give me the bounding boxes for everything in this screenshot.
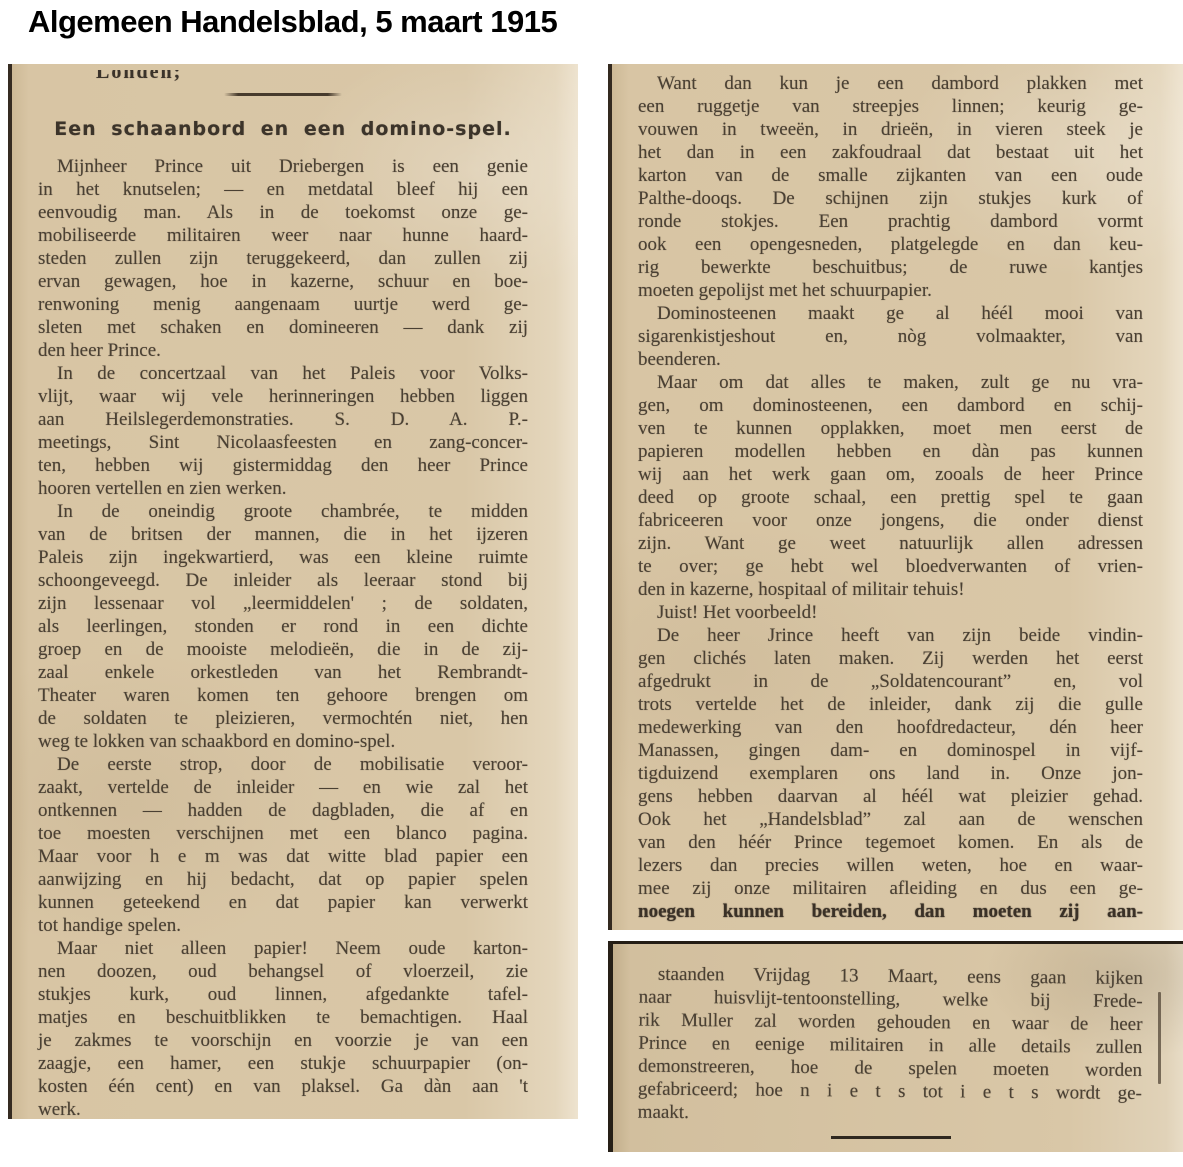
text-line: kunnen geteekend en dat papier kan verwe… — [38, 891, 528, 914]
text-line: steden zullen zijn teruggekeerd, dan zul… — [38, 247, 528, 270]
text-line: den in kazerne, hospitaal of militair te… — [638, 578, 1143, 601]
text-line: afgedrukt in de „Soldatencourant” en, vo… — [638, 670, 1143, 693]
text-line: schoongeveegd. De inleider als leeraar s… — [38, 569, 528, 592]
paragraph: Maar om dat alles te maken, zult ge nu v… — [638, 371, 1143, 601]
text-line: Maar niet alleen papier! Neem oude karto… — [38, 937, 528, 960]
paragraph: In de concertzaal van het Paleis voor Vo… — [38, 362, 528, 500]
text-line: ten, hebben wij gistermiddag den heer Pr… — [38, 454, 528, 477]
text-line: weg te lokken van schaakbord en domino-s… — [38, 730, 528, 753]
text-line: den heer Prince. — [38, 339, 528, 362]
text-line: deed op groote schaal, een prettig spel … — [638, 486, 1143, 509]
text-line: De eerste strop, door de mobilisatie ver… — [38, 753, 528, 776]
cutoff-text-fragment: Londen; — [38, 70, 528, 83]
text-line: als leerlingen, stonden er rond in een d… — [38, 615, 528, 638]
paragraph: Juist! Het voorbeeld! — [638, 601, 1143, 624]
text-line: Mijnheer Prince uit Driebergen is een ge… — [38, 155, 528, 178]
text-line: aanwijzing en hij bedacht, dat op papier… — [38, 868, 528, 891]
end-divider-rule — [831, 1136, 951, 1139]
cutoff-text: Londen; — [96, 70, 528, 83]
page: Algemeen Handelsblad, 5 maart 1915 Londe… — [0, 0, 1183, 1167]
text-line: kosten één cent) en van plaksel. Ga dàn … — [38, 1075, 528, 1098]
text-line: Maar voor h e m was dat witte blad papie… — [38, 845, 528, 868]
paragraph: De eerste strop, door de mobilisatie ver… — [38, 753, 528, 937]
left-newspaper-clipping: Londen; Een schaanbord en een domino-spe… — [8, 64, 578, 1119]
text-line: Juist! Het voorbeeld! — [638, 601, 1143, 624]
text-line: gens hebben daarvan al héél wat pleizier… — [638, 785, 1143, 808]
paragraph: staanden Vrijdag 13 Maart, eens gaan kij… — [638, 963, 1143, 1128]
article-column-left: Mijnheer Prince uit Driebergen is een ge… — [38, 155, 528, 1121]
text-line: stukjes kurk, oud linnen, afgedankte taf… — [38, 983, 528, 1006]
text-line: medewerking van den hoofdredacteur, dén … — [638, 716, 1143, 739]
text-line: het dan in een zakfoudraal dat bestaat u… — [638, 141, 1143, 164]
text-line: zaagje, een hamer, een stukje schuurpapi… — [38, 1052, 528, 1075]
text-line: In de oneindig groote chambrée, te midde… — [38, 500, 528, 523]
paragraph: Want dan kun je een dambord plakken mete… — [638, 72, 1143, 302]
section-divider-rule — [224, 93, 342, 96]
bottom-newspaper-clipping: staanden Vrijdag 13 Maart, eens gaan kij… — [608, 941, 1183, 1152]
text-line: de soldaten te pleizieren, vermochtén ni… — [38, 707, 528, 730]
paragraph: Dominosteenen maakt ge al héél mooi vans… — [638, 302, 1143, 371]
text-line: Theater waren komen ten gehoore brengen … — [38, 684, 528, 707]
text-line: ontkennen — hadden de dagbladen, die af … — [38, 799, 528, 822]
text-line: van den héér Prince tegemoet komen. En a… — [638, 831, 1143, 854]
text-line: wij aan het werk gaan om, zooals de heer… — [638, 463, 1143, 486]
text-line: mobiliseerde militairen weer naar hunne … — [38, 224, 528, 247]
text-line: moeten gepolijst met het schuurpapier. — [638, 279, 1143, 302]
text-line: Manassen, gingen dam- en dominospel in v… — [638, 739, 1143, 762]
text-line: gen clichés laten maken. Zij werden het … — [638, 647, 1143, 670]
paragraph: Maar niet alleen papier! Neem oude karto… — [38, 937, 528, 1121]
text-line: lezers dan precies willen weten, hoe en … — [638, 854, 1143, 877]
text-line: hooren vertellen en zien werken. — [38, 477, 528, 500]
text-line: sigarenkistjeshout en, nòg volmaakter, v… — [638, 325, 1143, 348]
text-line: Paleis zijn ingekwartierd, was een klein… — [38, 546, 528, 569]
text-line: werk. — [38, 1098, 528, 1121]
text-line: ven te kunnen opplakken, moet men eerst … — [638, 417, 1143, 440]
text-line: Want dan kun je een dambord plakken met — [638, 72, 1143, 95]
text-line: papieren modellen hebben en dàn pas kunn… — [638, 440, 1143, 463]
text-line: beenderen. — [638, 348, 1143, 371]
article-column-bottom: staanden Vrijdag 13 Maart, eens gaan kij… — [638, 963, 1143, 1128]
text-line: groep en de mooiste melodieën, die in de… — [38, 638, 528, 661]
paragraph: De heer Jrince heeft van zijn beide vind… — [638, 624, 1143, 923]
text-line: je zakmes te voorschijn en voorzie je va… — [38, 1029, 528, 1052]
article-headline: Een schaanbord en een domino-spel. — [38, 118, 528, 141]
text-line: eenvoudig man. Als in de toekomst onze g… — [38, 201, 528, 224]
text-line: tot handige spelen. — [38, 914, 528, 937]
text-line: gen, om dominosteenen, een dambord en sc… — [638, 394, 1143, 417]
text-line: te over; ge hebt wel bloedverwanten of v… — [638, 555, 1143, 578]
text-line: fabriceeren voor onze jongens, die onder… — [638, 509, 1143, 532]
text-line: een ruggetje van streepjes linnen; keuri… — [638, 95, 1143, 118]
page-title: Algemeen Handelsblad, 5 maart 1915 — [28, 4, 557, 40]
text-line: ook een opengesneden, platgelegde en dan… — [638, 233, 1143, 256]
text-line: trots vertelde het de inleider, dank zij… — [638, 693, 1143, 716]
paragraph: Mijnheer Prince uit Driebergen is een ge… — [38, 155, 528, 362]
text-line: mee zij onze militairen afleiding en dus… — [638, 877, 1143, 900]
text-line: vouwen in tweeën, in drieën, in vieren s… — [638, 118, 1143, 141]
text-line: ronde stokjes. Een prachtig dambord vorm… — [638, 210, 1143, 233]
text-line: meetings, Sint Nicolaasfeesten en zang-c… — [38, 431, 528, 454]
text-line: aan Heilslegerdemonstraties. S. D. A. P.… — [38, 408, 528, 431]
paragraph: In de oneindig groote chambrée, te midde… — [38, 500, 528, 753]
paper-edge-mark — [1158, 992, 1161, 1084]
text-line: zaal enkele orkestleden van het Rembrand… — [38, 661, 528, 684]
text-line: tigduizend exemplaren ons land in. Onze … — [638, 762, 1143, 785]
text-line: Palthe-dooqs. De schijnen zijn stukjes k… — [638, 187, 1143, 210]
text-line: toe moesten verschijnen met een blanco p… — [38, 822, 528, 845]
text-line: Dominosteenen maakt ge al héél mooi van — [638, 302, 1143, 325]
text-line: zaakt, vertelde de inleider — en wie zal… — [38, 776, 528, 799]
text-line: matjes en beschuitblikken te bemachtigen… — [38, 1006, 528, 1029]
text-line: van de britsen der mannen, die in het ij… — [38, 523, 528, 546]
text-line: rig bewerkte beschuitbus; de ruwe kantje… — [638, 256, 1143, 279]
text-line: noegen kunnen bereiden, dan moeten zij a… — [638, 900, 1143, 923]
article-column-right: Want dan kun je een dambord plakken mete… — [638, 72, 1143, 923]
text-line: De heer Jrince heeft van zijn beide vind… — [638, 624, 1143, 647]
text-line: Ook het „Handelsblad” zal aan de wensche… — [638, 808, 1143, 831]
text-line: In de concertzaal van het Paleis voor Vo… — [38, 362, 528, 385]
text-line: karton van de smalle zijkanten van een o… — [638, 164, 1143, 187]
text-line: zijn lessenaar vol „leermiddelen' ; de s… — [38, 592, 528, 615]
text-line: vlijt, waar wij vele herinneringen hebbe… — [38, 385, 528, 408]
text-line: ervan gewagen, hoe in kazerne, schuur en… — [38, 270, 528, 293]
text-line: renwoning menig aangenaam uurtje werd ge… — [38, 293, 528, 316]
text-line: maakt. — [638, 1101, 1142, 1128]
right-newspaper-clipping: Want dan kun je een dambord plakken mete… — [608, 64, 1183, 930]
text-line: in het knutselen; — en metdatal bleef hi… — [38, 178, 528, 201]
text-line: Maar om dat alles te maken, zult ge nu v… — [638, 371, 1143, 394]
text-line: sleten met schaken en domineeren — dank … — [38, 316, 528, 339]
text-line: nen doozen, oud behangsel of vloerzeil, … — [38, 960, 528, 983]
text-line: gefabriceerd; hoe n i e t s tot i e t s … — [638, 1078, 1142, 1105]
text-line: zijn. Want ge weet natuurlijk allen adre… — [638, 532, 1143, 555]
